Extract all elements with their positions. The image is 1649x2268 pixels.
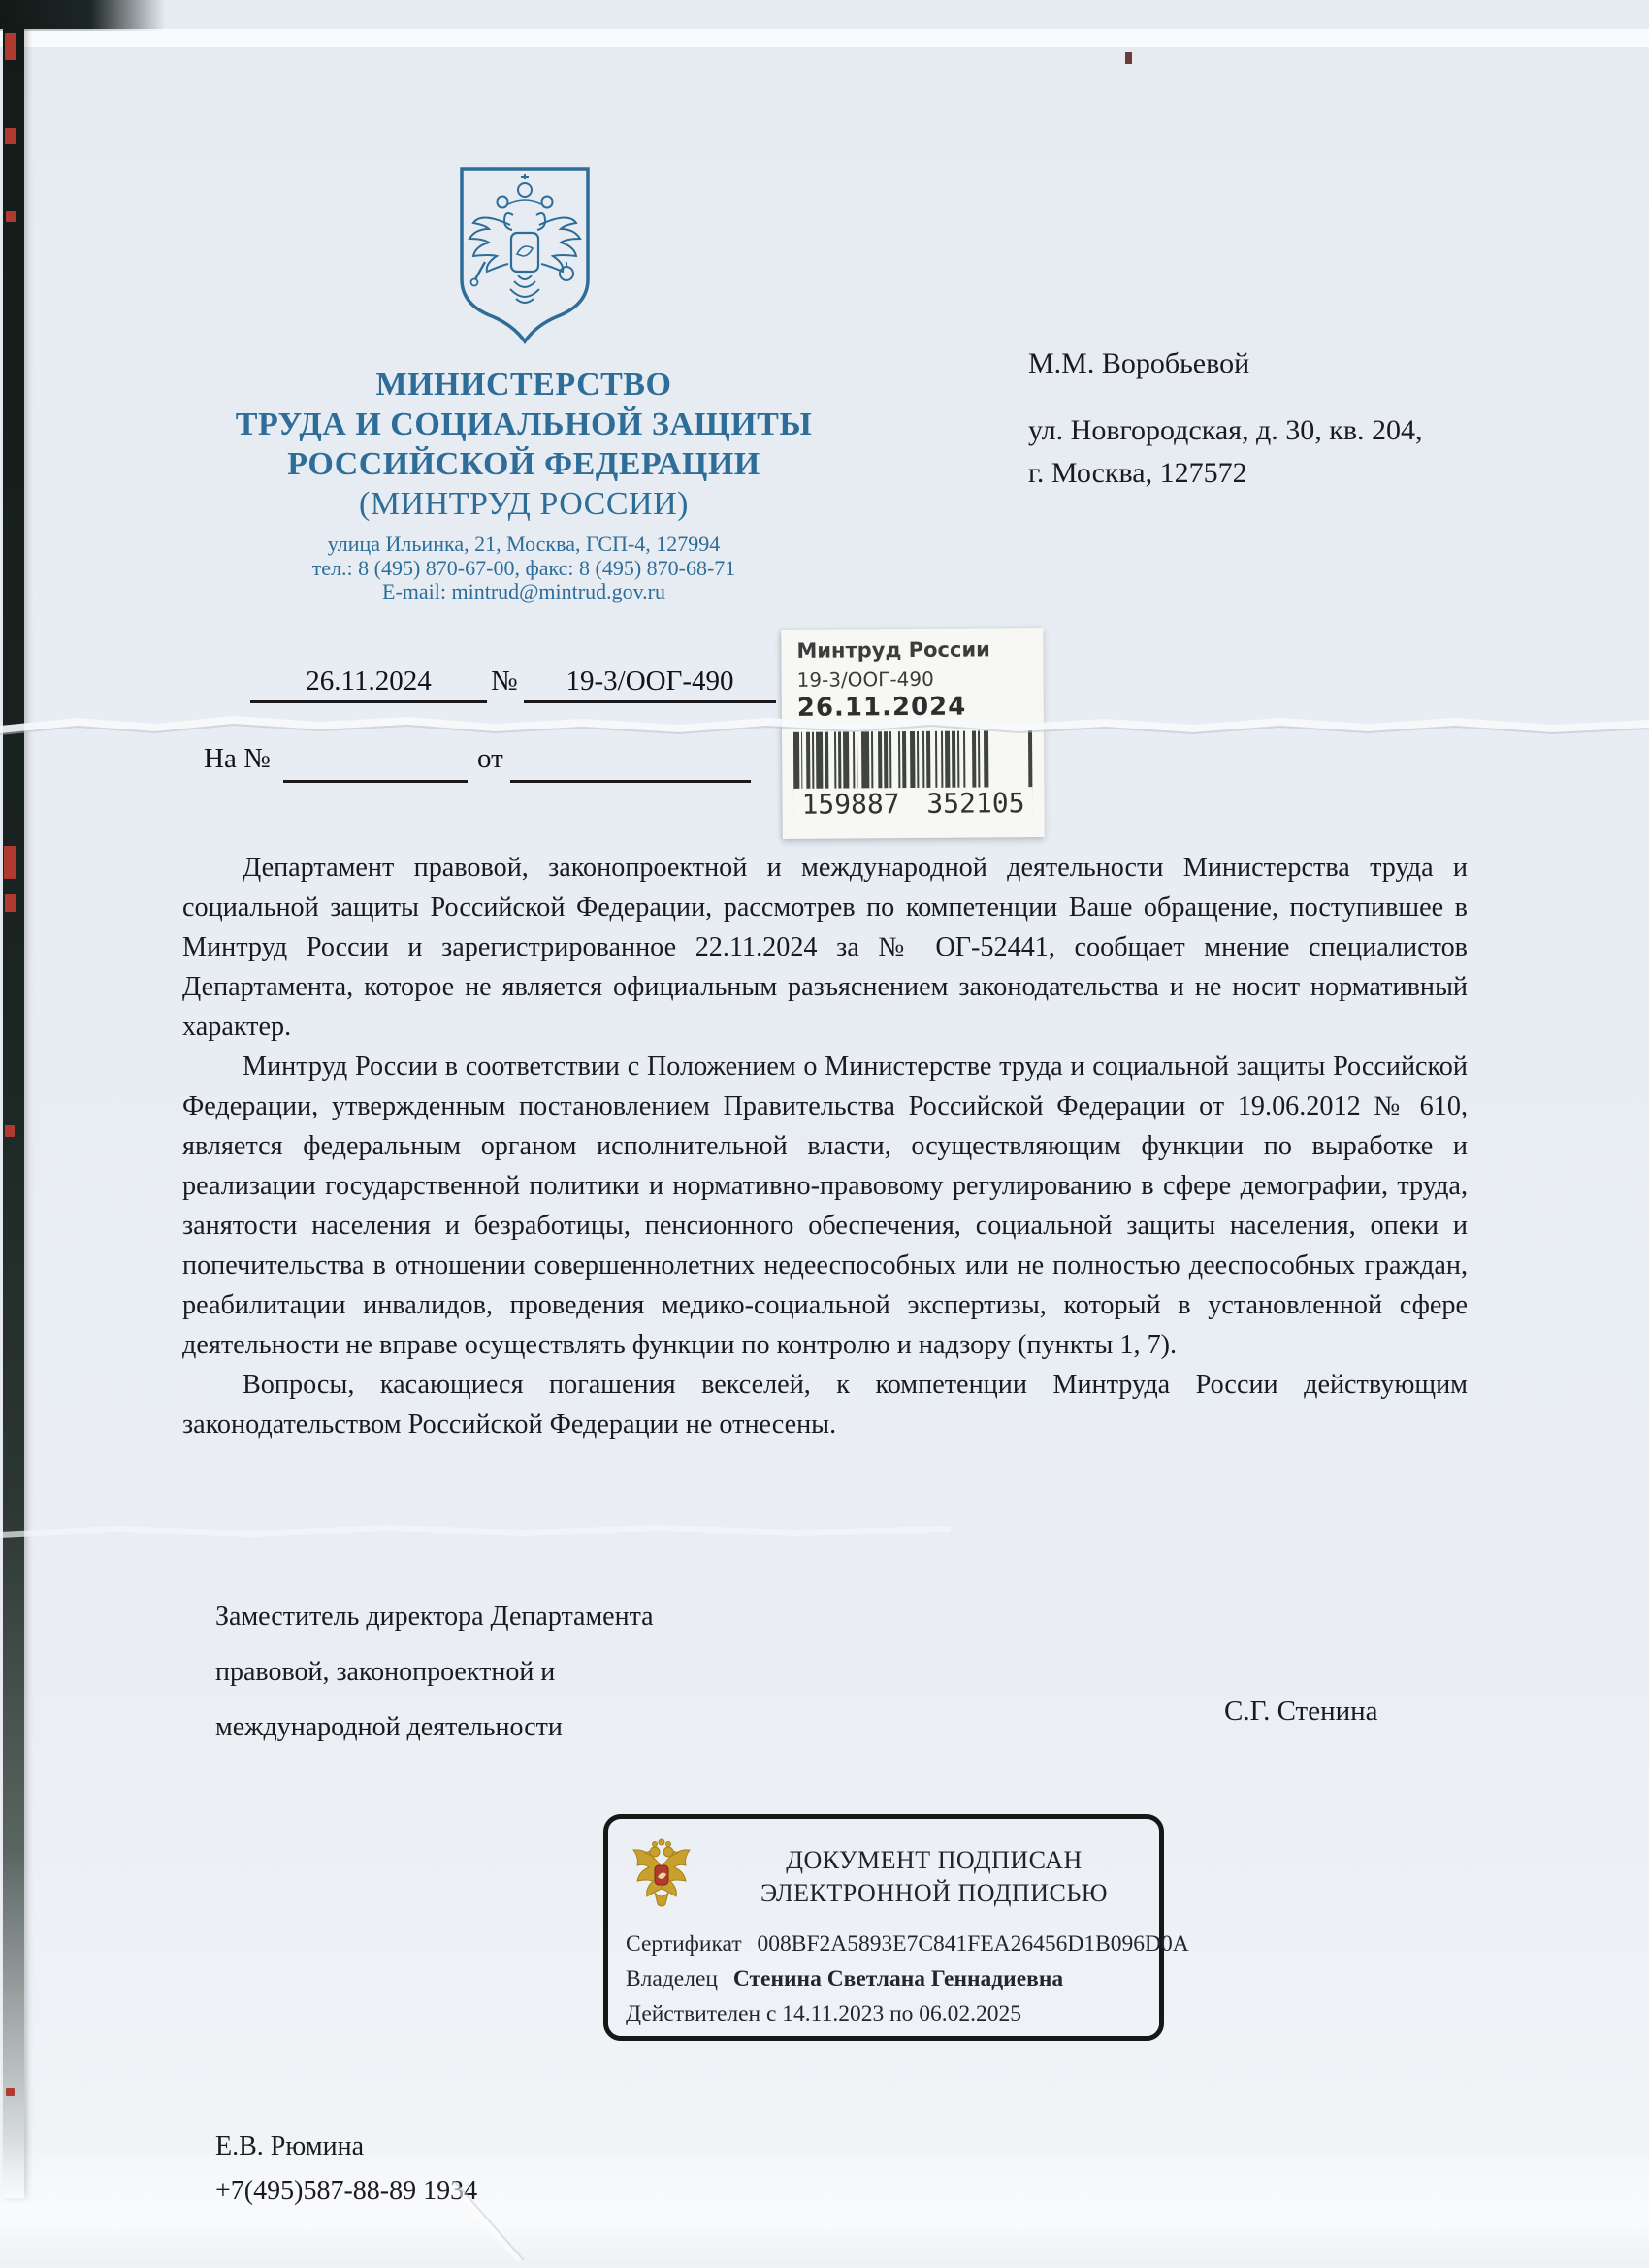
executor-block: Е.В. Рюмина +7(495)587-88-89 1934 bbox=[215, 2124, 477, 2214]
scanned-letter-page: МИНИСТЕРСТВО ТРУДА И СОЦИАЛЬНОЙ ЗАЩИТЫ Р… bbox=[0, 0, 1649, 2268]
stamp-title-line: ДОКУМЕНТ ПОДПИСАН bbox=[723, 1844, 1146, 1877]
signature-position: Заместитель директора Департамента право… bbox=[215, 1589, 654, 1755]
reply-number-underline bbox=[283, 745, 468, 783]
reply-from-label: от bbox=[477, 743, 503, 775]
recipient-block: М.М. Воробьевой ул. Новгородская, д. 30,… bbox=[1028, 347, 1591, 495]
ministry-name-line: ТРУДА И СОЦИАЛЬНОЙ ЗАЩИТЫ bbox=[165, 405, 883, 444]
stamp-title: ДОКУМЕНТ ПОДПИСАН ЭЛЕКТРОННОЙ ПОДПИСЬЮ bbox=[723, 1844, 1146, 1910]
scan-edge-top bbox=[0, 0, 165, 31]
ministry-address: улица Ильинка, 21, Москва, ГСП-4, 127994 bbox=[165, 533, 883, 557]
red-pen-mark bbox=[5, 894, 16, 912]
ministry-phone: тел.: 8 (495) 870-67-00, факс: 8 (495) 8… bbox=[165, 557, 883, 581]
scan-edge-left bbox=[3, 25, 24, 2198]
reply-to-label: На № bbox=[204, 743, 271, 775]
ministry-short-name: (МИНТРУД РОССИИ) bbox=[165, 484, 883, 525]
owner-label: Владелец bbox=[626, 1966, 718, 1992]
certificate-value: 008BF2A5893E7C841FEA26456D1B096D0A bbox=[758, 1931, 1189, 1957]
signature-position-line: правовой, законопроектной и bbox=[215, 1644, 654, 1700]
body-paragraph: Вопросы, касающиеся погашения векселей, … bbox=[182, 1365, 1468, 1444]
red-pen-mark bbox=[6, 2088, 15, 2096]
sticker-date: 26.11.2024 bbox=[797, 693, 967, 723]
signature-position-line: Заместитель директора Департамента bbox=[215, 1589, 654, 1644]
date-underline bbox=[250, 665, 487, 703]
red-pen-mark bbox=[4, 846, 16, 879]
electronic-signature-stamp: ДОКУМЕНТ ПОДПИСАН ЭЛЕКТРОННОЙ ПОДПИСЬЮ С… bbox=[603, 1814, 1164, 2041]
coat-of-arms-icon bbox=[452, 165, 598, 356]
red-pen-mark bbox=[5, 128, 16, 144]
ministry-email: E-mail: mintrud@mintrud.gov.ru bbox=[165, 580, 883, 604]
signature-position-line: международной деятельности bbox=[215, 1700, 654, 1755]
stamp-owner: Владелец Стенина Светлана Геннадиевна bbox=[626, 1966, 1063, 1993]
body-paragraph: Департамент правовой, законопроектной и … bbox=[182, 848, 1468, 1047]
stamp-validity: Действителен с 14.11.2023 по 06.02.2025 bbox=[626, 2001, 1021, 2027]
executor-phone: +7(495)587-88-89 1934 bbox=[215, 2169, 477, 2214]
stamp-certificate: Сертификат 008BF2A5893E7C841FEA26456D1B0… bbox=[626, 1931, 1189, 1958]
letterhead: МИНИСТЕРСТВО ТРУДА И СОЦИАЛЬНОЙ ЗАЩИТЫ Р… bbox=[165, 365, 883, 604]
signer-name: С.Г. Стенина bbox=[1224, 1696, 1378, 1728]
dust-speck bbox=[1125, 52, 1132, 64]
reply-date-underline bbox=[510, 745, 751, 783]
letter-body: Департамент правовой, законопроектной и … bbox=[182, 848, 1468, 1444]
ministry-name-line: МИНИСТЕРСТВО bbox=[165, 365, 883, 405]
red-pen-mark bbox=[5, 1125, 15, 1137]
red-pen-mark bbox=[6, 211, 16, 222]
stamp-eagle-icon bbox=[630, 1838, 694, 1921]
recipient-address-line: г. Москва, 127572 bbox=[1028, 452, 1591, 495]
stamp-title-line: ЭЛЕКТРОННОЙ ПОДПИСЬЮ bbox=[723, 1877, 1146, 1910]
executor-name: Е.В. Рюмина bbox=[215, 2124, 477, 2169]
barcode-digits-left: 159887 bbox=[801, 788, 899, 820]
scan-paper-top-edge bbox=[0, 29, 1649, 47]
ministry-name-line: РОССИЙСКОЙ ФЕДЕРАЦИИ bbox=[165, 444, 883, 484]
certificate-label: Сертификат bbox=[626, 1931, 742, 1957]
barcode-digits: 159887 352105 bbox=[793, 787, 1032, 820]
red-pen-mark bbox=[5, 33, 16, 60]
barcode-digits-right: 352105 bbox=[926, 787, 1024, 819]
recipient-address-line: ул. Новгородская, д. 30, кв. 204, bbox=[1028, 409, 1591, 452]
registration-sticker: Минтруд России 19-3/ООГ-490 26.11.2024 1… bbox=[781, 628, 1045, 839]
recipient-name: М.М. Воробьевой bbox=[1028, 347, 1591, 380]
number-underline bbox=[524, 665, 776, 703]
sticker-number: 19-3/ООГ-490 bbox=[797, 667, 934, 692]
body-paragraph: Минтруд России в соответствии с Положени… bbox=[182, 1047, 1468, 1365]
owner-name: Стенина Светлана Геннадиевна bbox=[733, 1966, 1063, 1992]
sticker-org: Минтруд России bbox=[796, 637, 990, 662]
number-sign: № bbox=[491, 665, 518, 697]
